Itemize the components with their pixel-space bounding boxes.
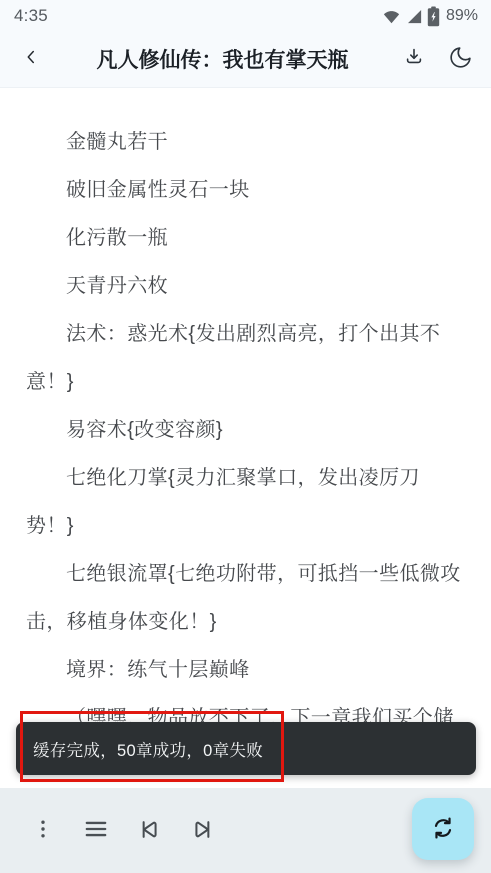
paragraphs: 金髓丸若干破旧金属性灵石一块化污散一瓶天青丹六枚法术：惑光术{发出剧烈高亮，打个… — [26, 118, 465, 790]
book-title: 凡人修仙传：我也有掌天瓶 — [54, 44, 391, 74]
overflow-menu-button[interactable] — [19, 807, 67, 855]
reader-screen: 4:35 89% 凡人修仙传：我也有掌天瓶 — [0, 0, 491, 873]
paragraph: 境界：练气十层巅峰 — [26, 646, 465, 694]
status-bar: 4:35 89% — [0, 0, 491, 30]
skip-previous-icon — [136, 816, 163, 846]
app-bar: 凡人修仙传：我也有掌天瓶 — [0, 30, 491, 88]
paragraph: 化污散一瓶 — [26, 214, 465, 262]
battery-icon — [427, 6, 440, 27]
paragraph: 法术：惑光术{发出剧烈高亮，打个出其不意！} — [26, 310, 465, 406]
kebab-menu-icon — [31, 817, 55, 844]
bottom-toolbar — [0, 788, 491, 873]
chevron-left-icon — [20, 46, 42, 71]
cache-toast: 缓存完成，50章成功，0章失败 — [16, 722, 476, 775]
clock: 4:35 — [14, 6, 48, 26]
hamburger-icon — [83, 816, 109, 845]
download-icon — [402, 45, 426, 72]
paragraph: 天青丹六枚 — [26, 262, 465, 310]
prev-chapter-button[interactable] — [125, 807, 173, 855]
wifi-icon — [382, 7, 401, 26]
night-mode-button[interactable] — [437, 36, 483, 82]
paragraph: 七绝化刀掌{灵力汇聚掌口，发出凌厉刀势！} — [26, 454, 465, 550]
paragraph: 易容术{改变容颜} — [26, 406, 465, 454]
paragraph: 破旧金属性灵石一块 — [26, 166, 465, 214]
moon-icon — [448, 45, 473, 73]
refresh-cache-button[interactable] — [412, 798, 474, 860]
chapter-content: 金髓丸若干破旧金属性灵石一块化污散一瓶天青丹六枚法术：惑光术{发出剧烈高亮，打个… — [0, 88, 491, 790]
paragraph: 金髓丸若干 — [26, 118, 465, 166]
download-button[interactable] — [391, 36, 437, 82]
paragraph: 七绝银流罩{七绝功附带，可抵挡一些低微攻击，移植身体变化！} — [26, 550, 465, 646]
cell-signal-icon — [405, 7, 423, 25]
chapter-list-button[interactable] — [72, 807, 120, 855]
next-chapter-button[interactable] — [178, 807, 226, 855]
skip-next-icon — [189, 816, 216, 846]
battery-percent: 89% — [446, 7, 478, 25]
status-icons: 89% — [382, 6, 478, 27]
back-button[interactable] — [8, 36, 54, 82]
toast-message: 缓存完成，50章成功，0章失败 — [33, 737, 263, 761]
sync-icon — [429, 814, 457, 845]
